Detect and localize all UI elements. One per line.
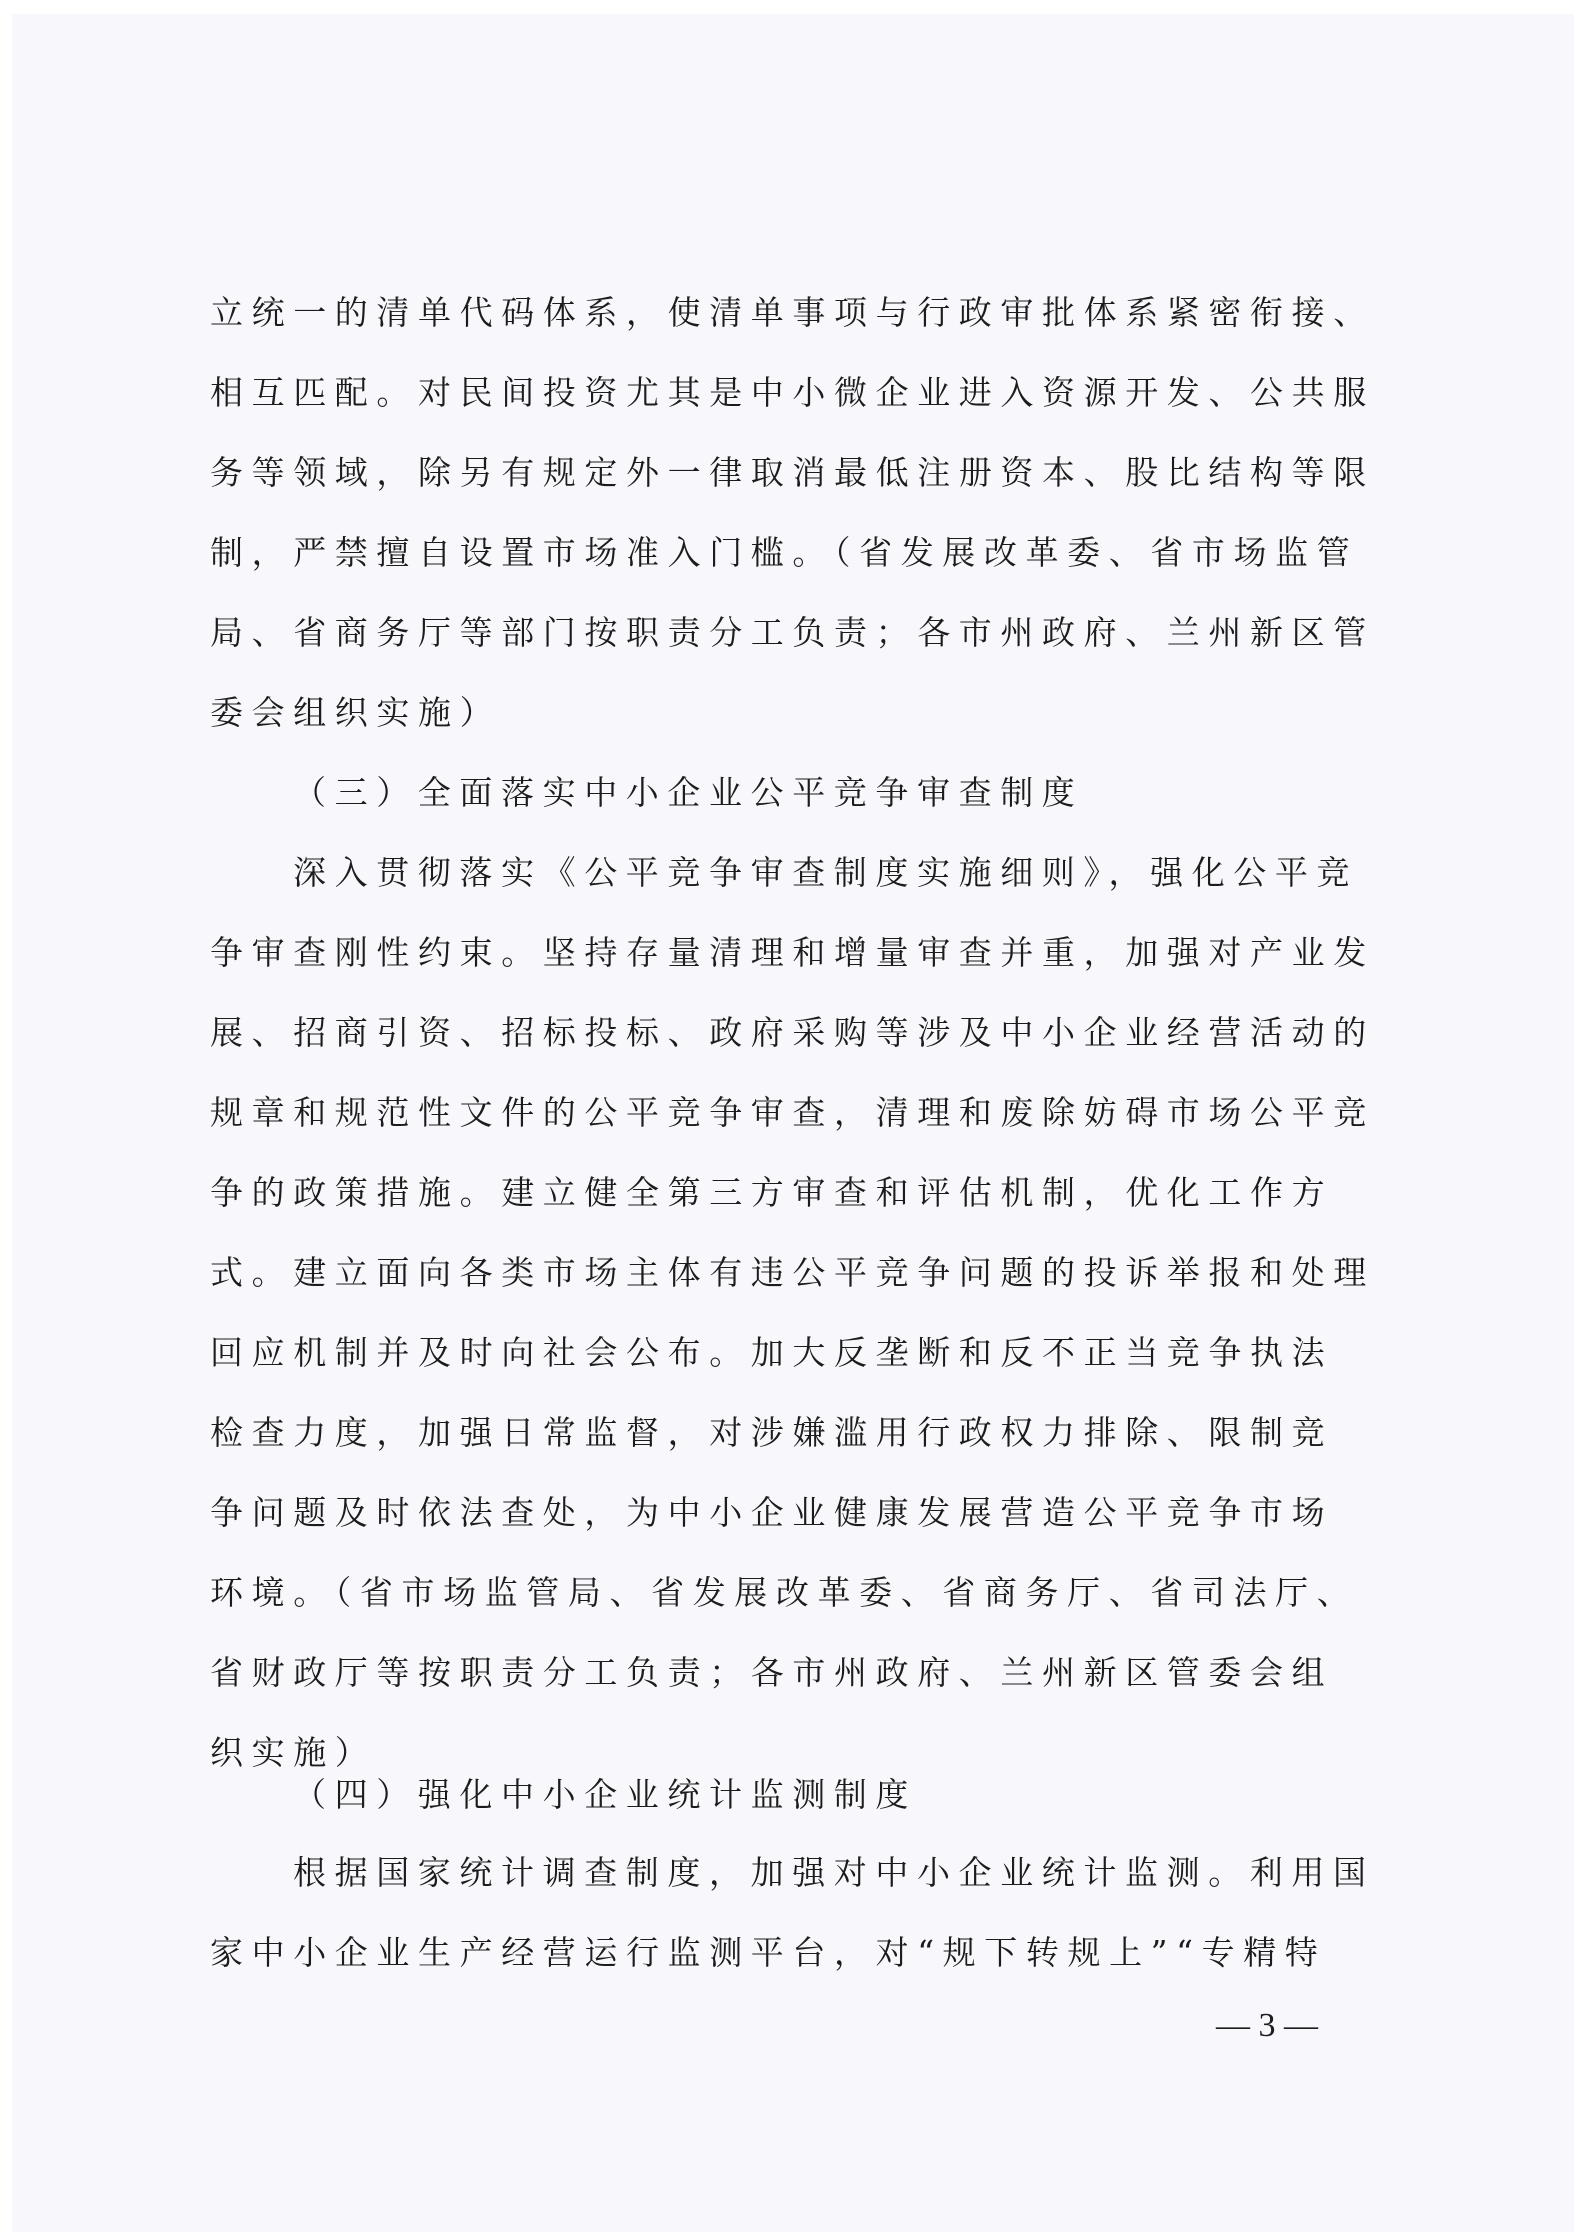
body-text-line: 式。建立面向各类市场主体有违公平竞争问题的投诉举报和处理 [210,1253,1375,1293]
body-text-line: 省财政厅等按职责分工负责；各市州政府、兰州新区管委会组 [210,1653,1333,1693]
body-text-line: 争的政策措施。建立健全第三方审查和评估机制，优化工作方 [210,1173,1333,1213]
body-text-line: 检查力度，加强日常监督，对涉嫌滥用行政权力排除、限制竞 [210,1413,1333,1453]
body-text-line: 局、省商务厅等部门按职责分工负责；各市州政府、兰州新区管 [210,613,1375,653]
page-number: — 3 — [1192,2006,1342,2046]
section-heading-4: （四）强化中小企业统计监测制度 [293,1775,917,1815]
body-text-line: 回应机制并及时向社会公布。加大反垄断和反不正当竞争执法 [210,1333,1333,1373]
body-text-line: 深入贯彻落实《公平竞争审查制度实施细则》，强化公平竞 [293,853,1358,893]
body-text-line: 家中小企业生产经营运行监测平台，对“规下转规上”“专精特 [210,1933,1326,1973]
body-text-line: 环境。（省市场监管局、省发展改革委、省商务厅、省司法厅、 [210,1573,1358,1613]
body-text-line: 根据国家统计调查制度，加强对中小企业统计监测。利用国 [293,1853,1375,1893]
body-text-line: 争审查刚性约束。坚持存量清理和增量审查并重，加强对产业发 [210,933,1375,973]
body-text-line: 制，严禁擅自设置市场准入门槛。（省发展改革委、省市场监管 [210,533,1358,573]
body-text-line: 委会组织实施） [210,693,501,733]
body-text-line: 规章和规范性文件的公平竞争审查，清理和废除妨碍市场公平竞 [210,1093,1375,1133]
body-text-line: 织实施） [210,1733,376,1773]
body-text-line: 展、招商引资、招标投标、政府采购等涉及中小企业经营活动的 [210,1013,1375,1053]
body-text-line: 争问题及时依法查处，为中小企业健康发展营造公平竞争市场 [210,1493,1333,1533]
body-text-line: 相互匹配。对民间投资尤其是中小微企业进入资源开发、公共服 [210,373,1375,413]
body-text-line: 务等领域，除另有规定外一律取消最低注册资本、股比结构等限 [210,453,1375,493]
body-text-line: 立统一的清单代码体系，使清单事项与行政审批体系紧密衔接、 [210,293,1375,333]
section-heading-3: （三）全面落实中小企业公平竞争审查制度 [293,773,1083,813]
